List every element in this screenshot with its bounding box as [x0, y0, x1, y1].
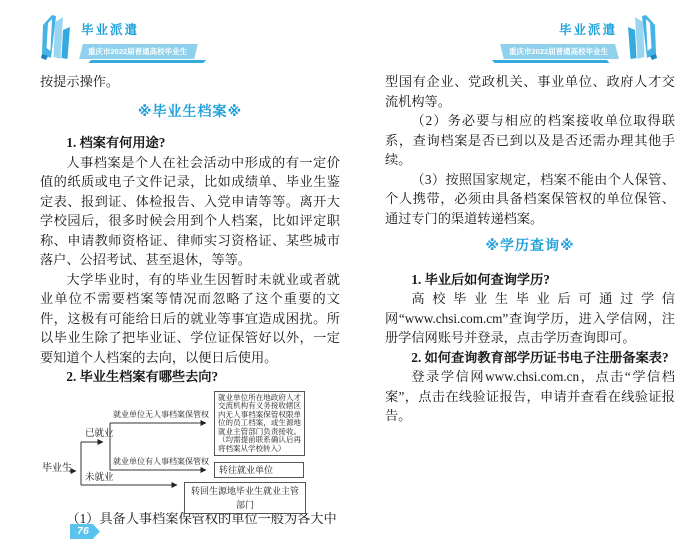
brand-text: 毕业派遣 重庆市2022届普通高校毕业生 [81, 13, 196, 63]
paragraph-archives-use-1: 人事档案是个人在社会活动中形成的有一定价值的纸质或电子文件记录，比如成绩单、毕业… [40, 153, 340, 270]
brand-subtitle-banner: 重庆市2022届普通高校毕业生 [502, 41, 617, 63]
paragraph-degree-query: 高校毕业生毕业后可通过学信网“www.chsi.com.cm”查询学历，进入学信… [385, 289, 675, 348]
flowchart-condition-has-custody: 就业单位有人事档案保管权 [113, 458, 209, 467]
header-left: 毕业派遣 重庆市2022届普通高校毕业生 [40, 13, 196, 63]
header-right: 毕业派遣 重庆市2022届普通高校毕业生 [502, 13, 658, 63]
banner-edge-decoration [492, 60, 609, 63]
section-heading-archives: ※毕业生档案※ [40, 102, 340, 122]
brand-subtitle-banner: 重庆市2022届普通高校毕业生 [81, 41, 196, 63]
page-right: 毕业派遣 重庆市2022届普通高校毕业生 型国有企业、党政机关、事业单位、政府人… [347, 0, 695, 559]
question-heading-2: 2. 毕业生档案有哪些去向? [40, 367, 340, 387]
section-heading-degree-query: ※学历查询※ [385, 236, 675, 256]
note-paragraph-3: （3）按照国家规定，档案不能由个人保管、个人携带，必须由具备档案保管权的单位保管… [385, 170, 675, 229]
brand-logo-icon [40, 13, 74, 60]
continuation-paragraph: 型国有企业、党政机关、事业单位、政府人才交流机构等。 [385, 72, 675, 111]
right-text-column: 型国有企业、党政机关、事业单位、政府人才交流机构等。 （2）务必要与相应的档案接… [385, 72, 675, 426]
banner-edge-decoration [89, 60, 206, 63]
brand-subtitle: 重庆市2022届普通高校毕业生 [88, 46, 187, 57]
archive-destination-flowchart: 毕业生 已就业 未就业 就业单位无人事档案保管权 就业单位有人事档案保管权 就业… [40, 390, 340, 506]
brand-title: 毕业派遣 [502, 20, 617, 38]
intro-paragraph: 按提示操作。 [40, 72, 340, 92]
note-paragraph-2: （2）务必要与相应的档案接收单位取得联系，查询档案是否已到以及是否还需办理其他手… [385, 111, 675, 170]
paragraph-registration-form: 登录学信网www.chsi.com.cn，点击“学信档案”，点击在线验证报告，申… [385, 367, 675, 426]
brand-text: 毕业派遣 重庆市2022届普通高校毕业生 [502, 13, 617, 63]
flowchart-root-graduate: 毕业生 [42, 463, 72, 474]
flowchart-box-has-custody: 转往就业单位 [214, 462, 304, 478]
question-heading-degree-1: 1. 毕业后如何查询学历? [385, 270, 675, 290]
flowchart-box-unemployed: 转回生源地毕业生就业主管部门 [184, 482, 306, 514]
brand-logo-icon [624, 13, 658, 60]
brand-subtitle: 重庆市2022届普通高校毕业生 [509, 46, 608, 57]
flowchart-condition-no-custody: 就业单位无人事档案保管权 [113, 411, 209, 420]
flowchart-box-no-custody: 就业单位所在地政府人才交流机构有义务接收辖区内无人事档案保管权限单位的员工档案，… [214, 391, 305, 457]
question-heading-degree-2: 2. 如何查询教育部学历证书电子注册备案表? [385, 348, 675, 368]
question-heading-1: 1. 档案有何用途? [40, 133, 340, 153]
flowchart-branch-employed: 已就业 [85, 429, 114, 439]
brand-title: 毕业派遣 [81, 20, 196, 38]
flowchart-branch-unemployed: 未就业 [85, 473, 114, 483]
page-left: 毕业派遣 重庆市2022届普通高校毕业生 按提示操作。 ※毕业生档案※ 1. 档… [0, 0, 347, 559]
left-text-column: 按提示操作。 ※毕业生档案※ 1. 档案有何用途? 人事档案是个人在社会活动中形… [40, 72, 340, 528]
paragraph-archives-use-2: 大学毕业时，有的毕业生因暂时未就业或者就业单位不需要档案等情况而忽略了这个重要的… [40, 270, 340, 368]
